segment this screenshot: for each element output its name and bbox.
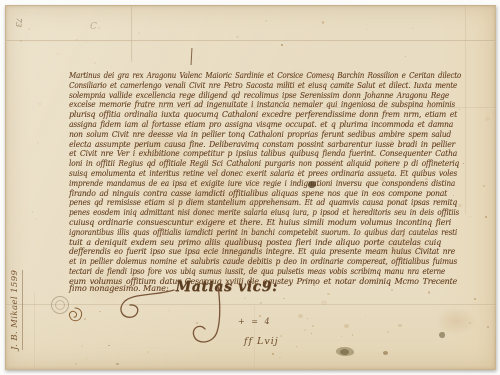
foxing-speck: [81, 345, 83, 347]
dirt-smudge: [340, 349, 349, 355]
manuscript-text-line: assigna fidem iam al fortasse etiam pro …: [69, 120, 453, 130]
foxing-speck: [252, 25, 253, 26]
foxing-speck: [307, 318, 308, 319]
archival-margin-note: J. B. Mikael 1599: [9, 270, 23, 350]
foxing-speck: [311, 333, 312, 334]
docket-symbols: + = 4: [238, 317, 272, 326]
foxing-speck: [39, 103, 41, 105]
foxing-speck: [18, 261, 20, 263]
photo-background: Martinus dei gra rex Aragonu Valenc Maio…: [0, 0, 500, 375]
manuscript-text-line: et Civit nre Ver i exhibitione competitu…: [69, 149, 457, 159]
stain-blotch: [426, 301, 486, 341]
foxing-speck: [37, 142, 39, 144]
foxing-speck: [487, 326, 489, 328]
foxing-blotch: [398, 324, 402, 327]
flourish-spiral-left: [121, 290, 174, 317]
manuscript-text-line: firando ad ninguis contra casse iamdicti…: [69, 189, 447, 199]
foxing-speck: [341, 336, 342, 337]
manuscript-text-line: plurisq offitia ordinalia iuxta quocumq …: [69, 110, 457, 120]
manuscript-text-line: penes qd remisisse etiam si p diem stant…: [69, 198, 457, 208]
foxing-speck: [412, 28, 413, 29]
fold-crease: [131, 6, 133, 62]
dirt-smudge: [336, 347, 354, 356]
manuscript-text-line: solempnia vallide excellencia rege dilig…: [69, 91, 449, 101]
foxing-speck: [283, 298, 285, 300]
foxing-speck: [272, 353, 274, 355]
dirt-spot: [439, 332, 445, 338]
foxing-speck: [405, 56, 406, 57]
foxing-blotch: [485, 117, 490, 121]
foxing-speck: [20, 40, 22, 42]
foxing-speck: [36, 218, 38, 220]
foxing-speck: [469, 322, 471, 324]
foxing-speck: [75, 363, 77, 365]
foxing-speck: [58, 233, 60, 235]
foxing-speck: [474, 298, 476, 300]
flourish-descender-right: [193, 286, 219, 342]
foxing-speck: [199, 57, 200, 58]
fold-crease: [34, 292, 36, 369]
foxing-speck: [28, 28, 30, 30]
parchment-sheet: Martinus dei gra rex Aragonu Valenc Maio…: [5, 5, 496, 370]
manuscript-text-line: loni in offitii Regius qd offitiale Regi…: [69, 159, 459, 169]
manuscript-text-block: Martinus dei gra rex Aragonu Valenc Maio…: [69, 63, 465, 294]
foxing-speck: [281, 44, 283, 46]
foxing-speck: [365, 315, 366, 316]
foxing-speck: [86, 358, 87, 359]
embossed-seal-stamp: [51, 296, 69, 314]
manuscript-text-line: imprende mandamus de ea ipsa et exigite …: [69, 179, 455, 189]
corner-number-mark: 73: [14, 17, 24, 27]
manuscript-text-line: Consiliario et camerlengo venali Civit n…: [69, 81, 457, 91]
dirt-spot: [383, 351, 388, 355]
foxing-speck: [352, 334, 354, 336]
foxing-blotch: [344, 324, 350, 329]
pencil-letter-mark: C: [90, 22, 97, 32]
foxing-speck: [322, 21, 324, 23]
foxing-speck: [63, 16, 65, 18]
foxing-speck: [280, 335, 282, 337]
foxing-speck: [470, 216, 471, 217]
foxing-speck: [260, 302, 263, 305]
foxing-speck: [236, 36, 238, 38]
foxing-blotch: [321, 300, 327, 305]
foxing-speck: [57, 53, 59, 55]
foxing-speck: [86, 42, 87, 43]
folio-number: ff Lvij: [244, 336, 279, 347]
manuscript-text-line: defferendis eo fuerit ipso sue ipsa ecie…: [69, 247, 455, 257]
foxing-blotch: [298, 314, 303, 318]
manuscript-text-line: penes eosdem iniq admittant nisi donec m…: [69, 208, 459, 218]
manuscript-text-line: Martinus dei gra rex Aragonu Valenc Maio…: [69, 71, 461, 81]
manuscript-text-line: cuiusq ordinarie consuescuntur exigere e…: [69, 218, 451, 228]
foxing-speck: [304, 329, 306, 331]
foxing-speck: [265, 20, 267, 22]
foxing-speck: [279, 357, 280, 358]
foxing-speck: [116, 363, 119, 366]
foxing-speck: [312, 325, 314, 327]
manuscript-text-line: excelse memorie fratre nrm veri ad ingen…: [69, 100, 455, 110]
foxing-speck: [138, 32, 140, 34]
manuscript-text-line: ignorantibus illis quas offitialis iamdi…: [69, 228, 457, 238]
manuscript-text-line: suisq emolumenta et interitus retine vel…: [69, 169, 457, 179]
fold-crease: [465, 6, 467, 214]
foxing-speck: [367, 29, 368, 30]
foxing-speck: [98, 27, 100, 29]
pen-flourish: [106, 276, 246, 361]
foxing-speck: [152, 46, 153, 47]
foxing-speck: [483, 185, 485, 187]
foxing-speck: [387, 331, 389, 333]
foxing-speck: [485, 216, 486, 217]
foxing-speck: [161, 54, 162, 55]
manuscript-text-line: et in pellier dolemus nomine et salubris…: [69, 257, 457, 267]
manuscript-text-line: non solum Civit nre deesse via in pellie…: [69, 130, 451, 140]
foxing-speck: [296, 346, 298, 348]
manuscript-text-line: electa assumpte perium causa fine. Delib…: [69, 140, 455, 150]
foxing-speck: [76, 39, 78, 41]
fold-crease: [6, 40, 495, 42]
foxing-speck: [99, 311, 101, 313]
foxing-speck: [32, 211, 34, 213]
manuscript-text-line: tuit a deniquit exdem seu primo aliis qu…: [69, 238, 441, 248]
foxing-speck: [26, 131, 27, 132]
